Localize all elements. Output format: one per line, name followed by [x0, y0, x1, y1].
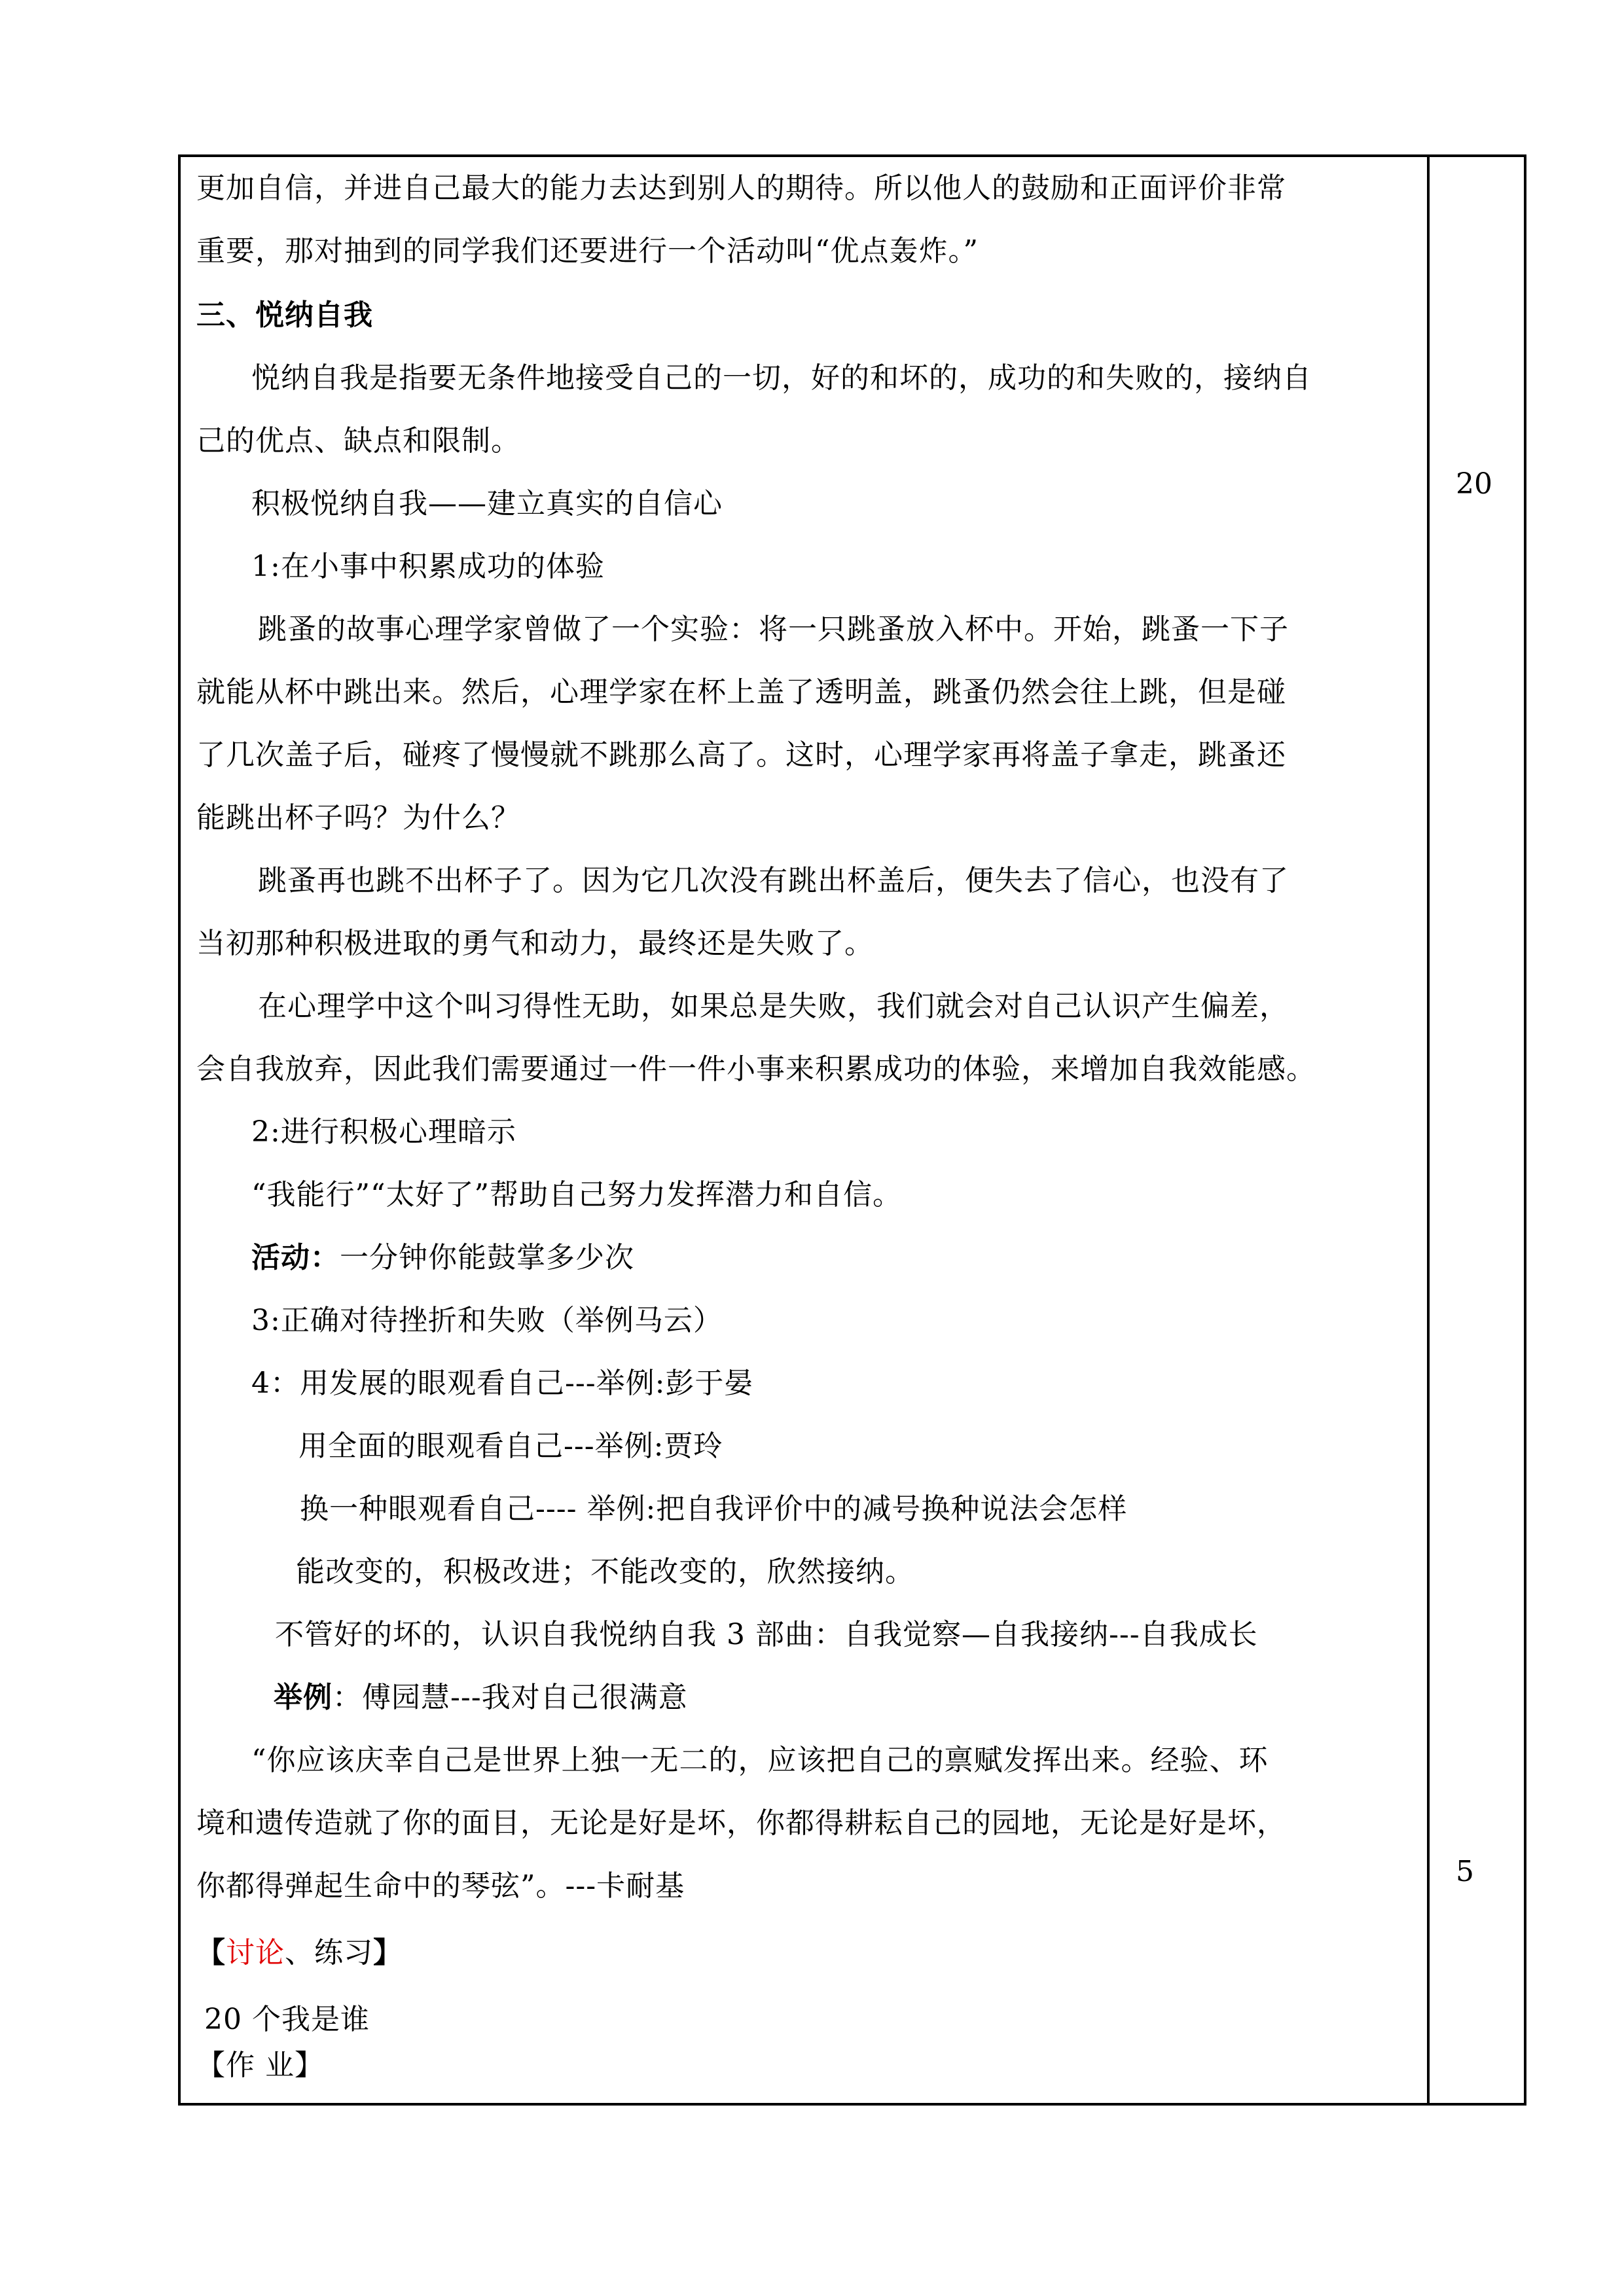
paragraph-line: 在心理学中这个叫习得性无助，如果总是失败，我们就会对自己认识产生偏差， — [258, 987, 1289, 1026]
list-item: 换一种眼观看自己---- 举例:把自我评价中的减号换种说法会怎样 — [300, 1490, 1127, 1529]
paragraph-line: 跳蚤再也跳不出杯子了。因为它几次没有跳出杯盖后，便失去了信心，也没有了 — [258, 861, 1289, 901]
example-text: ：傅园慧---我对自己很满意 — [333, 1681, 688, 1714]
lesson-table: 更加自信，并进自己最大的能力去达到别人的期待。所以他人的鼓励和正面评价非常 重要… — [178, 154, 1526, 2106]
quote-line: “你应该庆幸自己是世界上独一无二的，应该把自己的禀赋发挥出来。经验、环 — [251, 1741, 1269, 1780]
time-value: 5 — [1456, 1852, 1474, 1892]
bracket-open: 【 — [196, 1936, 226, 1969]
paragraph-line: 能改变的，积极改进；不能改变的，欣然接纳。 — [296, 1552, 914, 1592]
list-item: 用全面的眼观看自己---举例:贾玲 — [298, 1427, 723, 1466]
list-item: 3:正确对待挫折和失败（举例马云） — [251, 1301, 723, 1340]
paragraph-line: 会自我放弃，因此我们需要通过一件一件小事来积累成功的体验，来增加自我效能感。 — [196, 1050, 1316, 1089]
paragraph-line: 跳蚤的故事心理学家曾做了一个实验：将一只跳蚤放入杯中。开始，跳蚤一下子 — [258, 610, 1289, 649]
paragraph-line: 更加自信，并进自己最大的能力去达到别人的期待。所以他人的鼓励和正面评价非常 — [196, 169, 1286, 208]
content-cell: 更加自信，并进自己最大的能力去达到别人的期待。所以他人的鼓励和正面评价非常 重要… — [181, 157, 1430, 2103]
bracket-close: 】 — [373, 1936, 403, 1969]
list-item: 2:进行积极心理暗示 — [251, 1113, 516, 1152]
example-line: 举例：傅园慧---我对自己很满意 — [274, 1678, 688, 1717]
practice-label: 、练习 — [285, 1936, 373, 1969]
exercise-line: 20 个我是谁 — [204, 2000, 370, 2039]
section-heading: 三、悦纳自我 — [196, 296, 373, 335]
paragraph-line: 不管好的坏的，认识自我悦纳自我 3 部曲：自我觉察—自我接纳---自我成长 — [275, 1615, 1258, 1655]
list-item: 4：用发展的眼观看自己---举例:彭于晏 — [251, 1364, 753, 1403]
activity-line: 活动：一分钟你能鼓掌多少次 — [251, 1238, 634, 1278]
paragraph-line: 了几次盖子后，碰疼了慢慢就不跳那么高了。这时，心理学家再将盖子拿走，跳蚤还 — [196, 736, 1286, 775]
paragraph-line: 就能从杯中跳出来。然后，心理学家在杯上盖了透明盖，跳蚤仍然会往上跳，但是碰 — [196, 673, 1286, 712]
paragraph-line: 己的优点、缺点和限制。 — [196, 422, 520, 461]
time-cell: 20 5 — [1430, 157, 1524, 2103]
subheading: 积极悦纳自我——建立真实的自信心 — [251, 484, 723, 524]
activity-text: 一分钟你能鼓掌多少次 — [340, 1241, 634, 1274]
quote-line: 境和遗传造就了你的面目，无论是好是坏，你都得耕耘自己的园地，无论是好是坏， — [196, 1804, 1286, 1843]
list-item: 1:在小事中积累成功的体验 — [251, 547, 605, 586]
homework-heading: 【作 业】 — [196, 2046, 324, 2085]
time-value: 20 — [1456, 465, 1492, 504]
activity-label: 活动： — [251, 1241, 340, 1274]
quote-line: 你都得弹起生命中的琴弦”。---卡耐基 — [196, 1867, 685, 1906]
paragraph-line: 悦纳自我是指要无条件地接受自己的一切，好的和坏的，成功的和失败的，接纳自 — [251, 359, 1312, 398]
example-label: 举例 — [274, 1681, 333, 1714]
paragraph-line: 当初那种积极进取的勇气和动力，最终还是失败了。 — [196, 924, 874, 963]
discussion-heading: 【讨论、练习】 — [196, 1933, 403, 1973]
paragraph-line: 能跳出杯子吗？为什么？ — [196, 798, 520, 838]
paragraph-line: “我能行”“太好了”帮助自己努力发挥潜力和自信。 — [251, 1175, 902, 1215]
discussion-label: 讨论 — [226, 1936, 285, 1969]
paragraph-line: 重要，那对抽到的同学我们还要进行一个活动叫“优点轰炸。” — [196, 232, 979, 271]
